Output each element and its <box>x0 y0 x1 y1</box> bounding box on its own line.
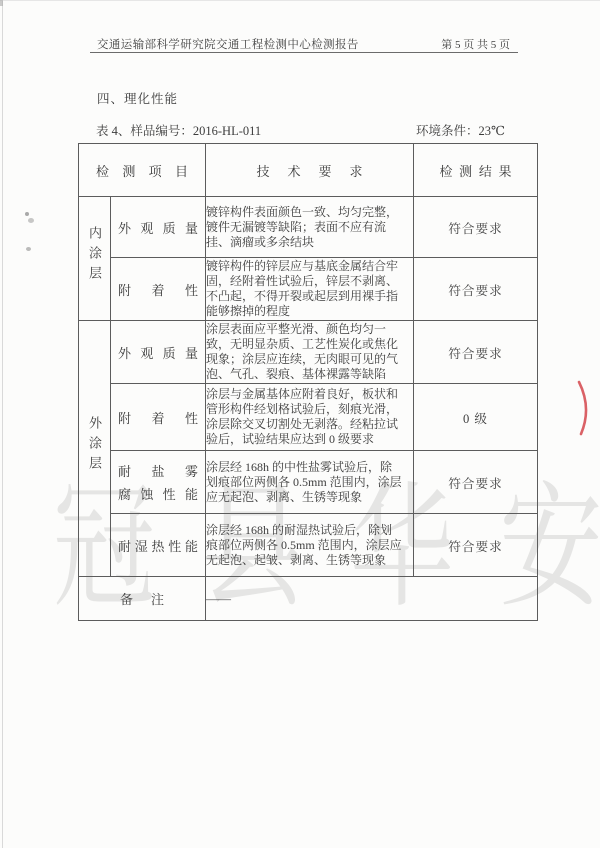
item-label: 外观质量 <box>118 343 198 362</box>
scan-edge-line-top <box>0 0 600 1</box>
table-row: 耐盐雾 腐蚀性能 涂层经 168h 的中性盐雾试验后，除 划痕部位两侧各 0.5… <box>79 451 538 514</box>
result-value: 符合要求 <box>414 514 538 577</box>
item-label-cell: 附着性 <box>111 384 206 451</box>
result-value: 符合要求 <box>414 451 538 514</box>
requirement-cell: 涂层表面应平整光滑、颜色均匀一 致，无明显杂质、工艺性炭化或焦化 现象；涂层应连… <box>206 321 414 384</box>
report-header-title: 交通运输部科学研究院交通工程检测中心检测报告 <box>97 36 359 52</box>
item-label-cell: 外观质量 <box>111 197 206 258</box>
table-header-row: 检测项目 技术要求 检测结果 <box>79 144 538 197</box>
test-results-table: 检测项目 技术要求 检测结果 内涂层 外观质量 镀锌构件表面颜色一致、均匀完整，… <box>78 143 538 621</box>
section-title: 四、理化性能 <box>97 89 178 107</box>
requirement-text: 镀锌构件的锌层应与基底金属结合牢 固，经附着性试验后，锌层不剥离、 不凸起，不得… <box>206 259 413 319</box>
result-value: 符合要求 <box>414 258 538 321</box>
page-number: 第 5 页 共 5 页 <box>441 36 510 52</box>
item-label-cell: 外观质量 <box>111 321 206 384</box>
item-label-line: 腐蚀性能 <box>118 484 198 503</box>
table-row: 内涂层 外观质量 镀锌构件表面颜色一致、均匀完整， 镀件无漏镀等缺陷；表面不应有… <box>79 197 538 258</box>
scan-edge-line <box>2 0 3 848</box>
table-row: 外涂层 外观质量 涂层表面应平整光滑、颜色均匀一 致，无明显杂质、工艺性炭化或焦… <box>79 321 538 384</box>
scan-speck <box>26 247 31 251</box>
scan-speck <box>28 218 34 223</box>
note-label: 备注 <box>120 589 164 608</box>
column-header-test-result: 检测结果 <box>414 144 538 197</box>
column-header-technical-requirement: 技术要求 <box>206 144 414 197</box>
requirement-cell: 镀锌构件表面颜色一致、均匀完整， 镀件无漏镀等缺陷；表面不应有流 挂、滴瘤或多余… <box>206 197 414 258</box>
requirement-cell: 涂层与金属基体应附着良好，板状和 管形构件经划格试验后，刻痕光滑， 涂层除交叉切… <box>206 384 414 451</box>
item-label: 附着性 <box>118 408 198 427</box>
item-label: 附着性 <box>118 280 198 299</box>
item-label-line: 耐盐雾 <box>118 461 198 480</box>
requirement-text: 涂层表面应平整光滑、颜色均匀一 致，无明显杂质、工艺性炭化或焦化 现象；涂层应连… <box>206 322 413 382</box>
scanned-report-page: 冠县华安 交通运输部科学研究院交通工程检测中心检测报告 第 5 页 共 5 页 … <box>0 0 600 848</box>
scan-speck <box>25 212 29 216</box>
result-value: 符合要求 <box>414 321 538 384</box>
item-label: 耐湿热性能 <box>118 536 198 555</box>
note-label-cell: 备注 <box>79 577 206 621</box>
table-row: 附着性 镀锌构件的锌层应与基底金属结合牢 固，经附着性试验后，锌层不剥离、 不凸… <box>79 258 538 321</box>
requirement-text: 镀锌构件表面颜色一致、均匀完整， 镀件无漏镀等缺陷；表面不应有流 挂、滴瘤或多余… <box>206 205 413 250</box>
header-divider-line <box>90 52 518 53</box>
group-label-outer-coating: 外涂层 <box>79 321 111 577</box>
item-label-cell: 耐湿热性能 <box>111 514 206 577</box>
item-label: 外观质量 <box>118 218 198 237</box>
requirement-cell: 镀锌构件的锌层应与基底金属结合牢 固，经附着性试验后，锌层不剥离、 不凸起，不得… <box>206 258 414 321</box>
table-row: 耐湿热性能 涂层经 168h 的耐湿热试验后，除划 痕部位两侧各 0.5mm 范… <box>79 514 538 577</box>
requirement-text: 涂层经 168h 的耐湿热试验后，除划 痕部位两侧各 0.5mm 范围内，涂层应… <box>206 523 413 568</box>
column-header-test-item: 检测项目 <box>79 144 206 197</box>
table-row: 附着性 涂层与金属基体应附着良好，板状和 管形构件经划格试验后，刻痕光滑， 涂层… <box>79 384 538 451</box>
note-row: 备注 —— <box>79 577 538 621</box>
note-value: —— <box>206 577 538 621</box>
environment-condition: 环境条件：23℃ <box>416 121 505 139</box>
table-caption-sample-number: 表 4、样品编号：2016-HL-011 <box>96 121 261 139</box>
requirement-text: 涂层与金属基体应附着良好，板状和 管形构件经划格试验后，刻痕光滑， 涂层除交叉切… <box>206 387 413 447</box>
result-value: 0 级 <box>414 384 538 451</box>
item-label-cell: 耐盐雾 腐蚀性能 <box>111 451 206 514</box>
requirement-text: 涂层经 168h 的中性盐雾试验后，除 划痕部位两侧各 0.5mm 范围内，涂层… <box>206 460 413 505</box>
requirement-cell: 涂层经 168h 的中性盐雾试验后，除 划痕部位两侧各 0.5mm 范围内，涂层… <box>206 451 414 514</box>
item-label-cell: 附着性 <box>111 258 206 321</box>
result-value: 符合要求 <box>414 197 538 258</box>
group-label-inner-coating: 内涂层 <box>79 197 111 321</box>
scan-speck <box>0 0 3 6</box>
requirement-cell: 涂层经 168h 的耐湿热试验后，除划 痕部位两侧各 0.5mm 范围内，涂层应… <box>206 514 414 577</box>
